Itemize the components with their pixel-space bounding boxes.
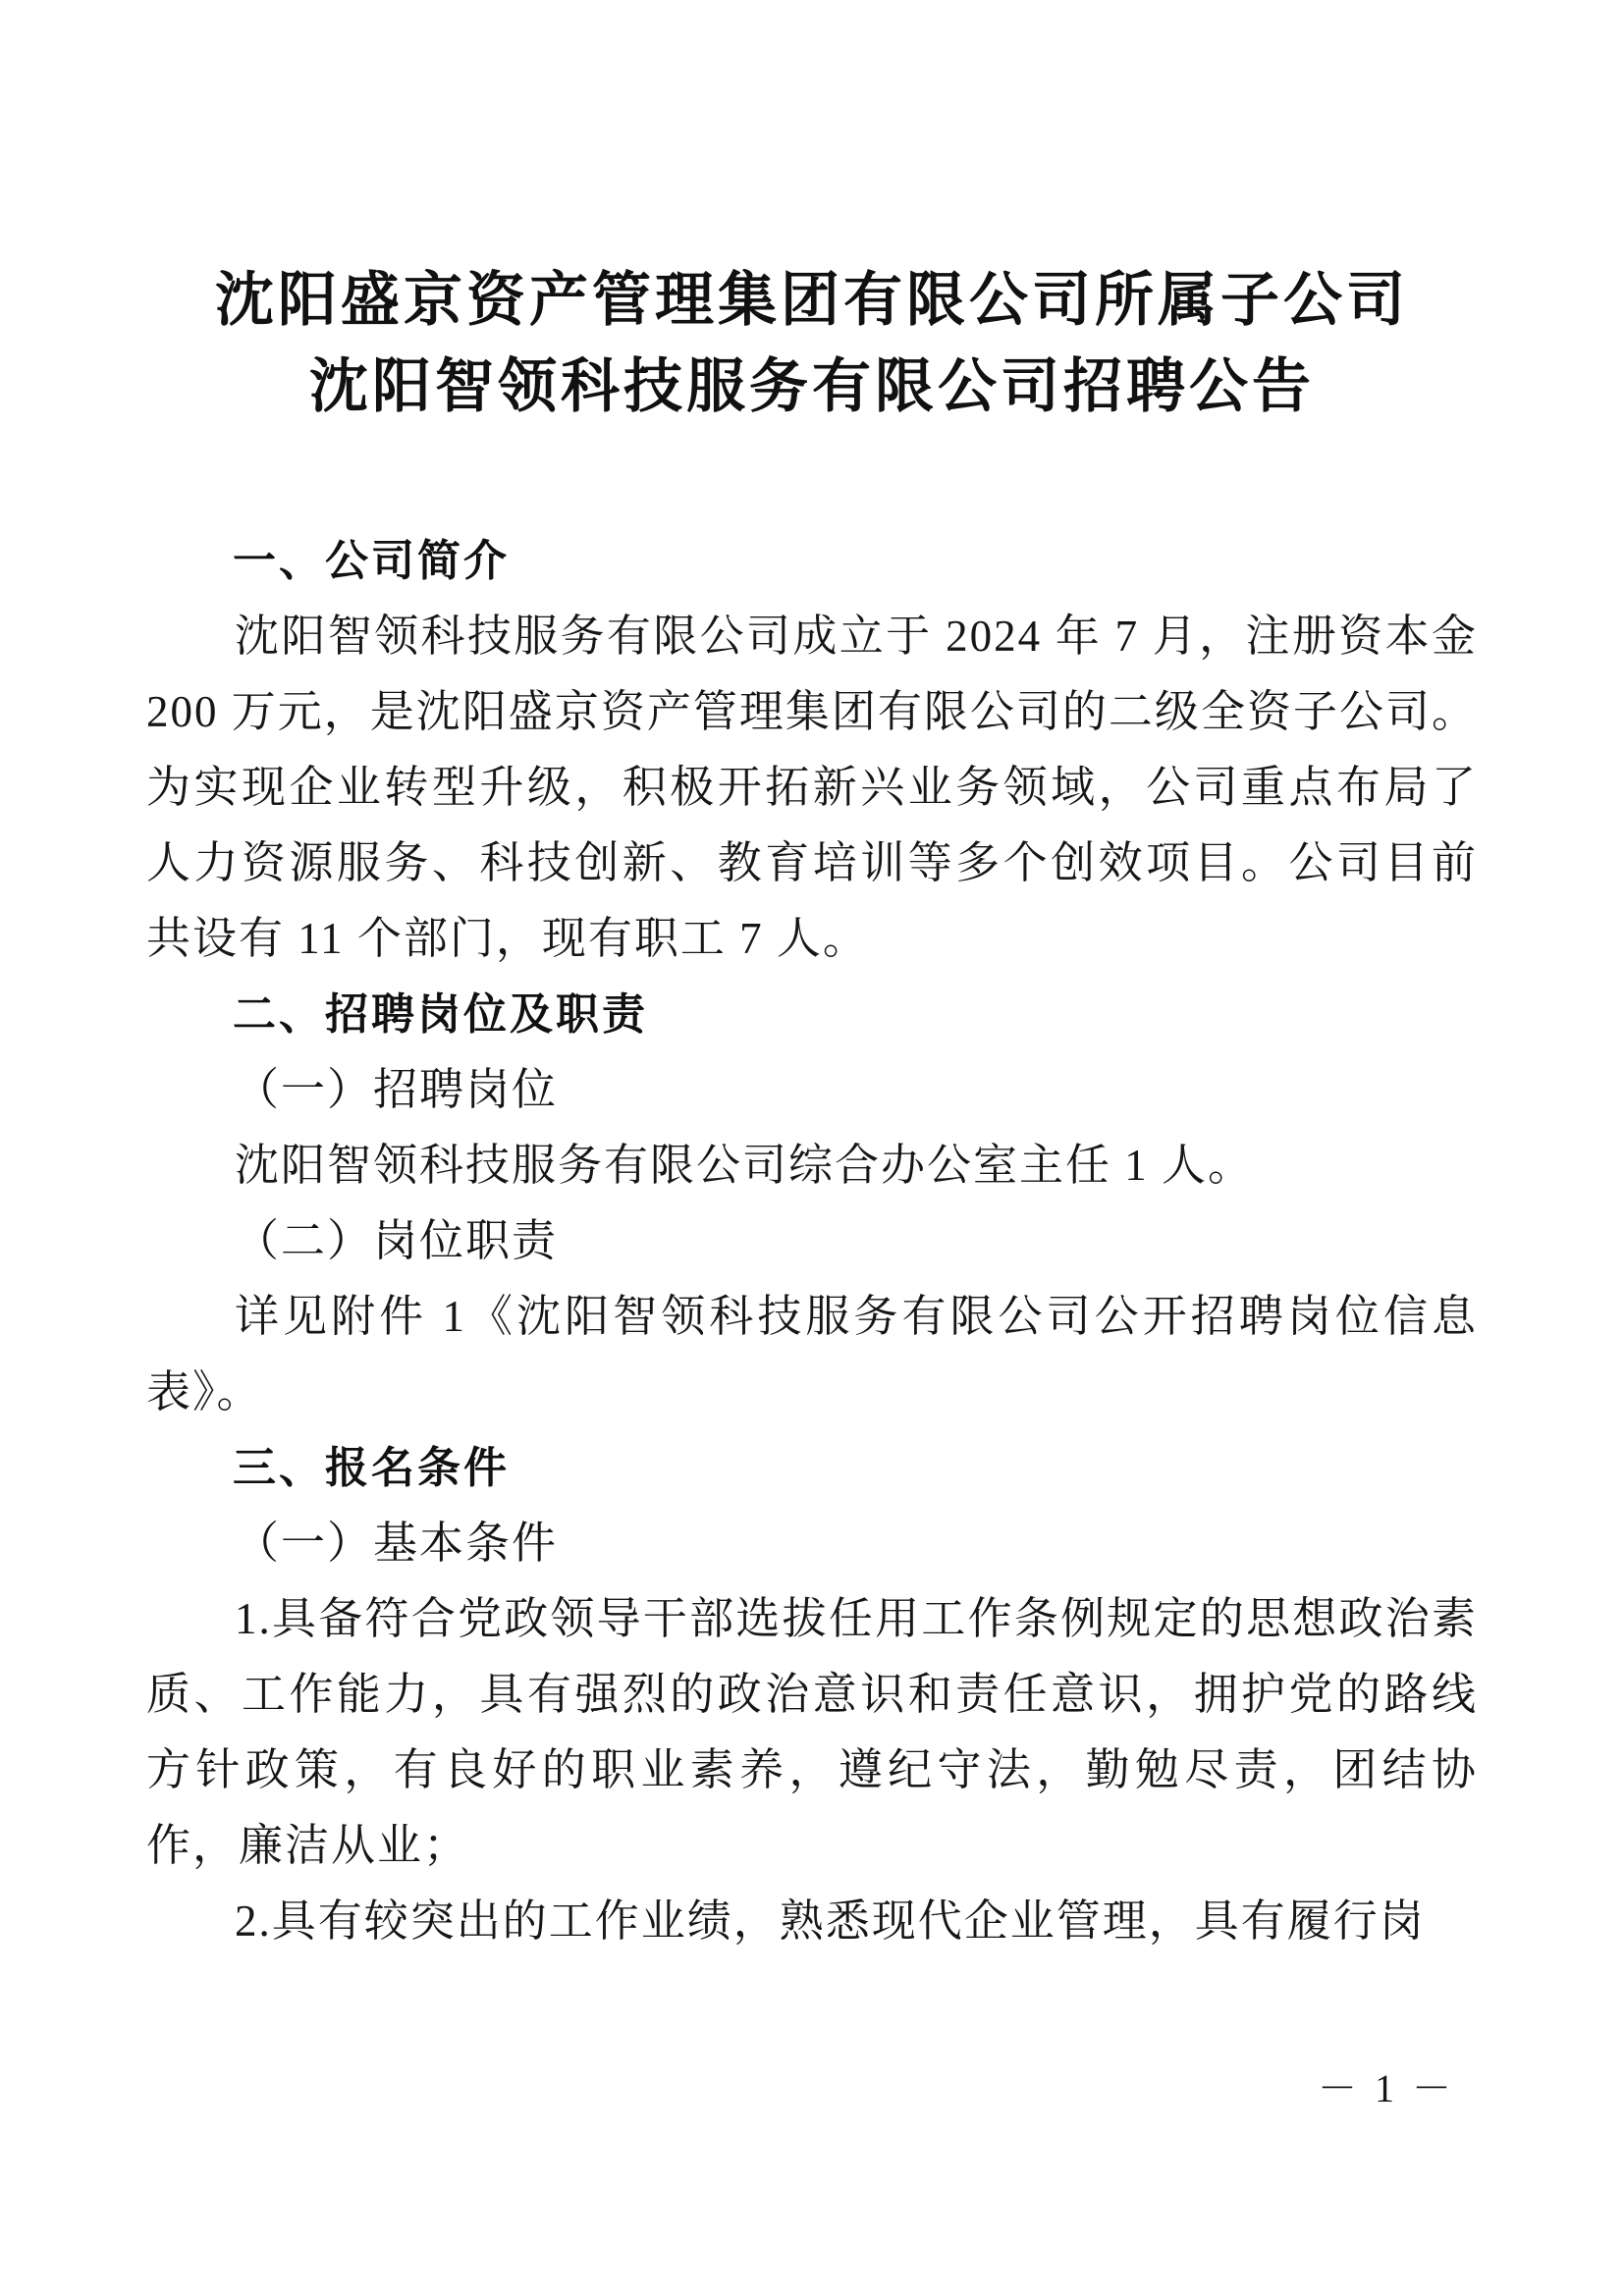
subsection-heading: （二）岗位职责	[146, 1203, 1478, 1279]
page-number: － 1 －	[1318, 2057, 1455, 2113]
section-heading: 二、招聘岗位及职责	[146, 977, 1478, 1052]
document-title-line-2: 沈阳智领科技服务有限公司招聘公告	[146, 344, 1478, 430]
subsection-heading: （一）招聘岗位	[146, 1052, 1478, 1128]
document-body: 一、公司简介沈阳智领科技服务有限公司成立于 2024 年 7 月，注册资本金 2…	[146, 523, 1478, 1959]
section-heading: 一、公司简介	[146, 523, 1478, 599]
document-page: 沈阳盛京资产管理集团有限公司所属子公司 沈阳智领科技服务有限公司招聘公告 一、公…	[0, 0, 1624, 2296]
document-title-line-1: 沈阳盛京资产管理集团有限公司所属子公司	[146, 257, 1478, 344]
paragraph: 沈阳智领科技服务有限公司综合办公室主任 1 人。	[146, 1128, 1478, 1203]
section-heading: 三、报名条件	[146, 1430, 1478, 1506]
paragraph: 详见附件 1《沈阳智领科技服务有限公司公开招聘岗位信息表》。	[146, 1279, 1478, 1430]
paragraph: 1.具备符合党政领导干部选拔任用工作条例规定的思想政治素质、工作能力，具有强烈的…	[146, 1581, 1478, 1884]
document-title: 沈阳盛京资产管理集团有限公司所属子公司 沈阳智领科技服务有限公司招聘公告	[146, 257, 1478, 430]
subsection-heading: （一）基本条件	[146, 1506, 1478, 1581]
paragraph: 2.具有较突出的工作业绩，熟悉现代企业管理，具有履行岗	[146, 1884, 1478, 1959]
paragraph: 沈阳智领科技服务有限公司成立于 2024 年 7 月，注册资本金 200 万元，…	[146, 599, 1478, 977]
